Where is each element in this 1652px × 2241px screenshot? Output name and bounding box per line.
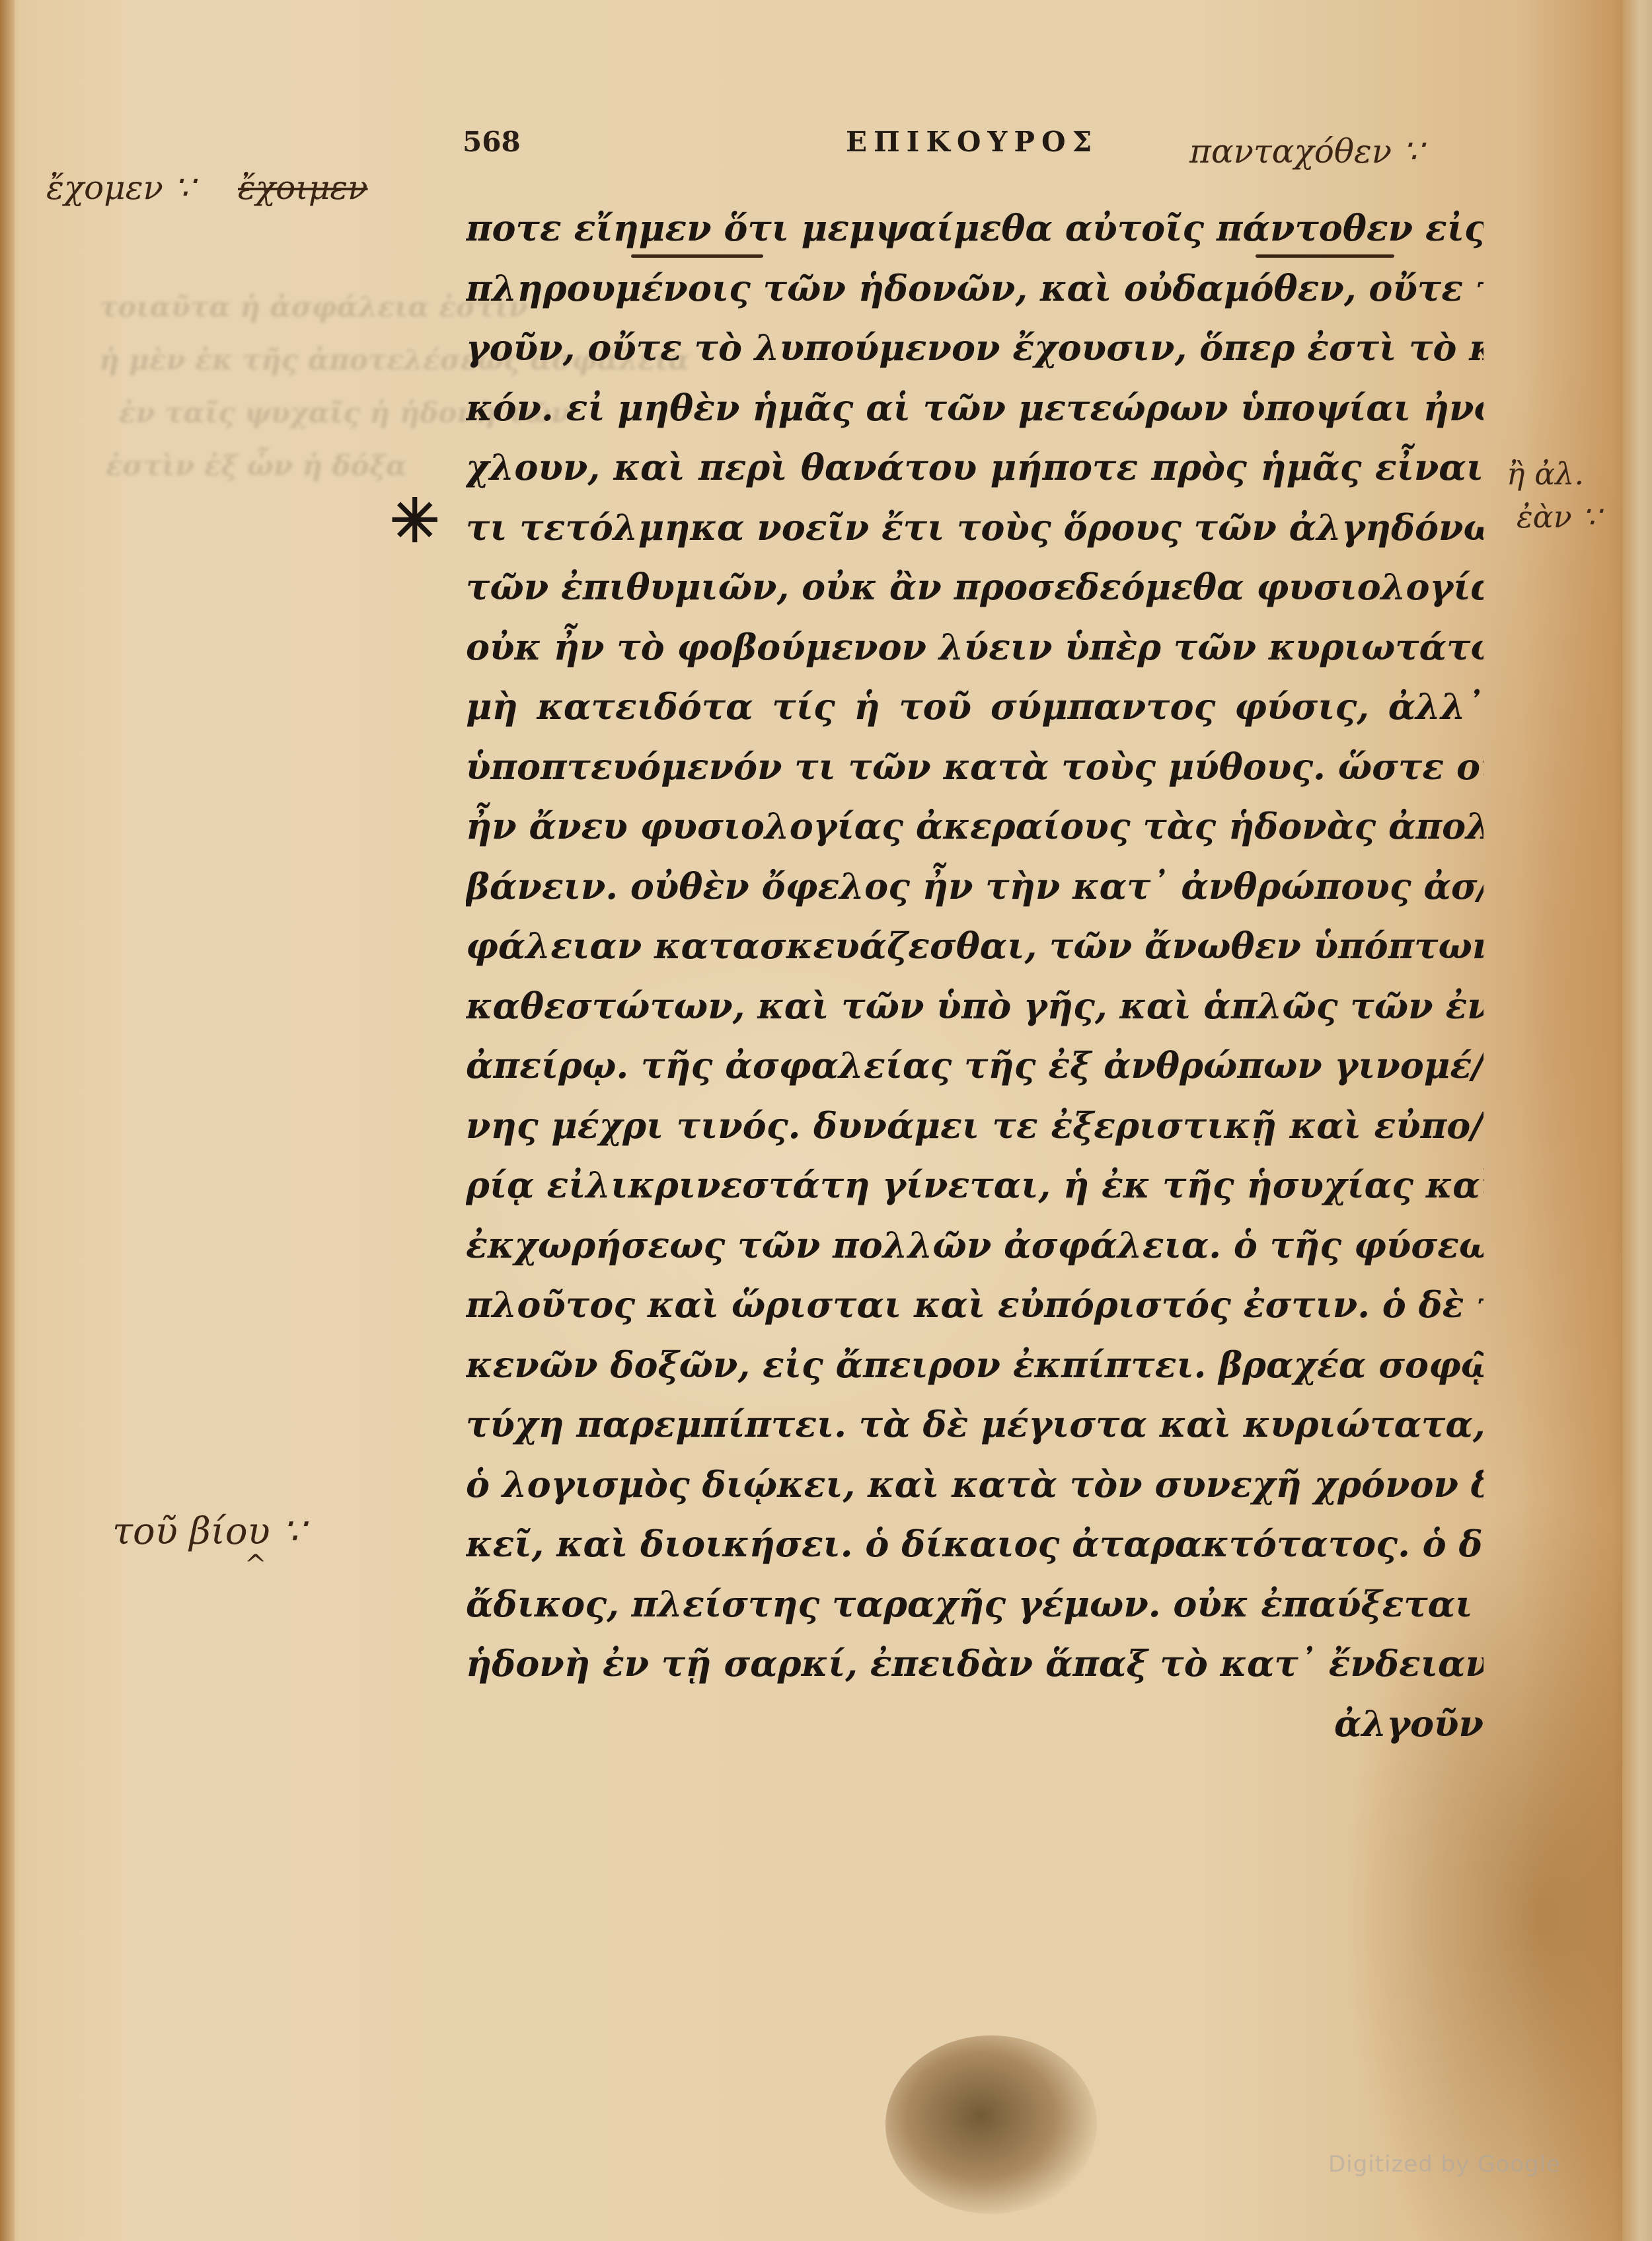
text-line: κεῖ, καὶ διοικήσει. ὁ δίκαιος ἀταρακτότα… — [466, 1514, 1483, 1574]
text-line: νης μέχρι τινός. δυνάμει τε ἐξεριστικῇ κ… — [466, 1096, 1483, 1156]
text-line: μὴ κατειδότα τίς ἡ τοῦ σύμπαντος φύσις, … — [466, 677, 1483, 737]
text-line: φάλειαν κατασκευάζεσθαι, τῶν ἄνωθεν ὑπόπ… — [466, 916, 1483, 976]
text-line: ἐκχωρήσεως τῶν πολλῶν ἀσφάλεια. ὁ τῆς φύ… — [466, 1215, 1483, 1275]
foxing-stain — [885, 2035, 1097, 2214]
bleed-through-line: τοιαῦτα ἡ ἀσφάλεια ἐστιν — [99, 291, 528, 323]
text-line: τύχη παρεμπίπτει. τὰ δὲ μέγιστα καὶ κυρι… — [466, 1394, 1483, 1455]
text-line: τι τετόλμηκα νοεῖν ἔτι τοὺς ὅρους τῶν ἀλ… — [466, 498, 1483, 558]
text-line: κενῶν δοξῶν, εἰς ἄπειρον ἐκπίπτει. βραχέ… — [466, 1335, 1483, 1395]
digitization-watermark: Digitized by Google — [1328, 2151, 1561, 2178]
text-line: ἦν ἄνευ φυσιολογίας ἀκεραίους τὰς ἡδονὰς… — [466, 796, 1483, 856]
running-title: EΠΙΚΟΥΡΟΣ — [846, 126, 1098, 158]
text-line: ὁ λογισμὸς διῴκει, καὶ κατὰ τὸν συνεχῆ χ… — [466, 1455, 1483, 1515]
margin-correction-top-left: ἔχομεν ∵ — [46, 169, 195, 207]
page-number: 568 — [463, 126, 521, 158]
text-line: γοῦν, οὔτε τὸ λυπούμενον ἔχουσιν, ὅπερ ἐ… — [466, 318, 1483, 378]
margin-struck-word: ἔχοιμεν — [238, 169, 368, 207]
catchword: ἀλγοῦν — [466, 1694, 1483, 1754]
text-line: κόν. εἰ μηθὲν ἡμᾶς αἱ τῶν μετεώρων ὑποψί… — [466, 378, 1483, 438]
asterisk-icon: ✳ — [390, 486, 439, 556]
margin-correction-top-right: πανταχόθεν ∵ — [1189, 132, 1423, 171]
text-line: πληρουμένοις τῶν ἡδονῶν, καὶ οὐδαμόθεν, … — [466, 258, 1483, 319]
bleed-through-line: ἐστὶν ἐξ ὧν ἡ δόξα — [106, 449, 407, 482]
margin-note-right-1: ἢ ἀλ. — [1507, 456, 1584, 492]
text-line: ἡδονὴ ἐν τῇ σαρκί, ἐπειδὰν ἅπαξ τὸ κατ᾽ … — [466, 1634, 1483, 1694]
book-page: τοιαῦτα ἡ ἀσφάλεια ἐστιν ἡ μὲν ἐκ τῆς ἀπ… — [0, 0, 1652, 2241]
margin-note-left-lower: τοῦ βίου ∵ — [112, 1510, 305, 1553]
page-gutter-shadow — [0, 0, 15, 2241]
text-line: πλοῦτος καὶ ὥρισται καὶ εὐπόριστός ἐστιν… — [466, 1275, 1483, 1335]
text-line: χλουν, καὶ περὶ θανάτου μήποτε πρὸς ἡμᾶς… — [466, 437, 1483, 498]
margin-note-right-2: ἐὰν ∵ — [1517, 499, 1601, 535]
page-right-edge — [1622, 0, 1652, 2241]
text-line: βάνειν. οὐθὲν ὄφελος ἦν τὴν κατ᾽ ἀνθρώπο… — [466, 856, 1483, 917]
text-line: καθεστώτων, καὶ τῶν ὑπὸ γῆς, καὶ ἁπλῶς τ… — [466, 976, 1483, 1036]
text-line: ρίᾳ εἰλικρινεστάτη γίνεται, ἡ ἐκ τῆς ἡσυ… — [466, 1155, 1483, 1215]
text-line: ἀπείρῳ. τῆς ἀσφαλείας τῆς ἐξ ἀνθρώπων γι… — [466, 1036, 1483, 1096]
text-line: οὐκ ἦν τὸ φοβούμενον λύειν ὑπὲρ τῶν κυρι… — [466, 617, 1483, 677]
text-line: τῶν ἐπιθυμιῶν, οὐκ ἂν προσεδεόμεθα φυσιο… — [466, 557, 1483, 617]
text-line: ποτε εἴημεν ὅτι μεμψαίμεθα αὐτοῖς πάντοθ… — [466, 198, 1483, 258]
insertion-caret-icon: ^ — [244, 1550, 267, 1580]
text-line: ἄδικος, πλείστης ταραχῆς γέμων. οὐκ ἐπαύ… — [466, 1574, 1483, 1634]
main-text-block: ποτε εἴημεν ὅτι μεμψαίμεθα αὐτοῖς πάντοθ… — [466, 198, 1483, 1753]
text-line: ὑποπτευόμενόν τι τῶν κατὰ τοὺς μύθους. ὥ… — [466, 737, 1483, 797]
